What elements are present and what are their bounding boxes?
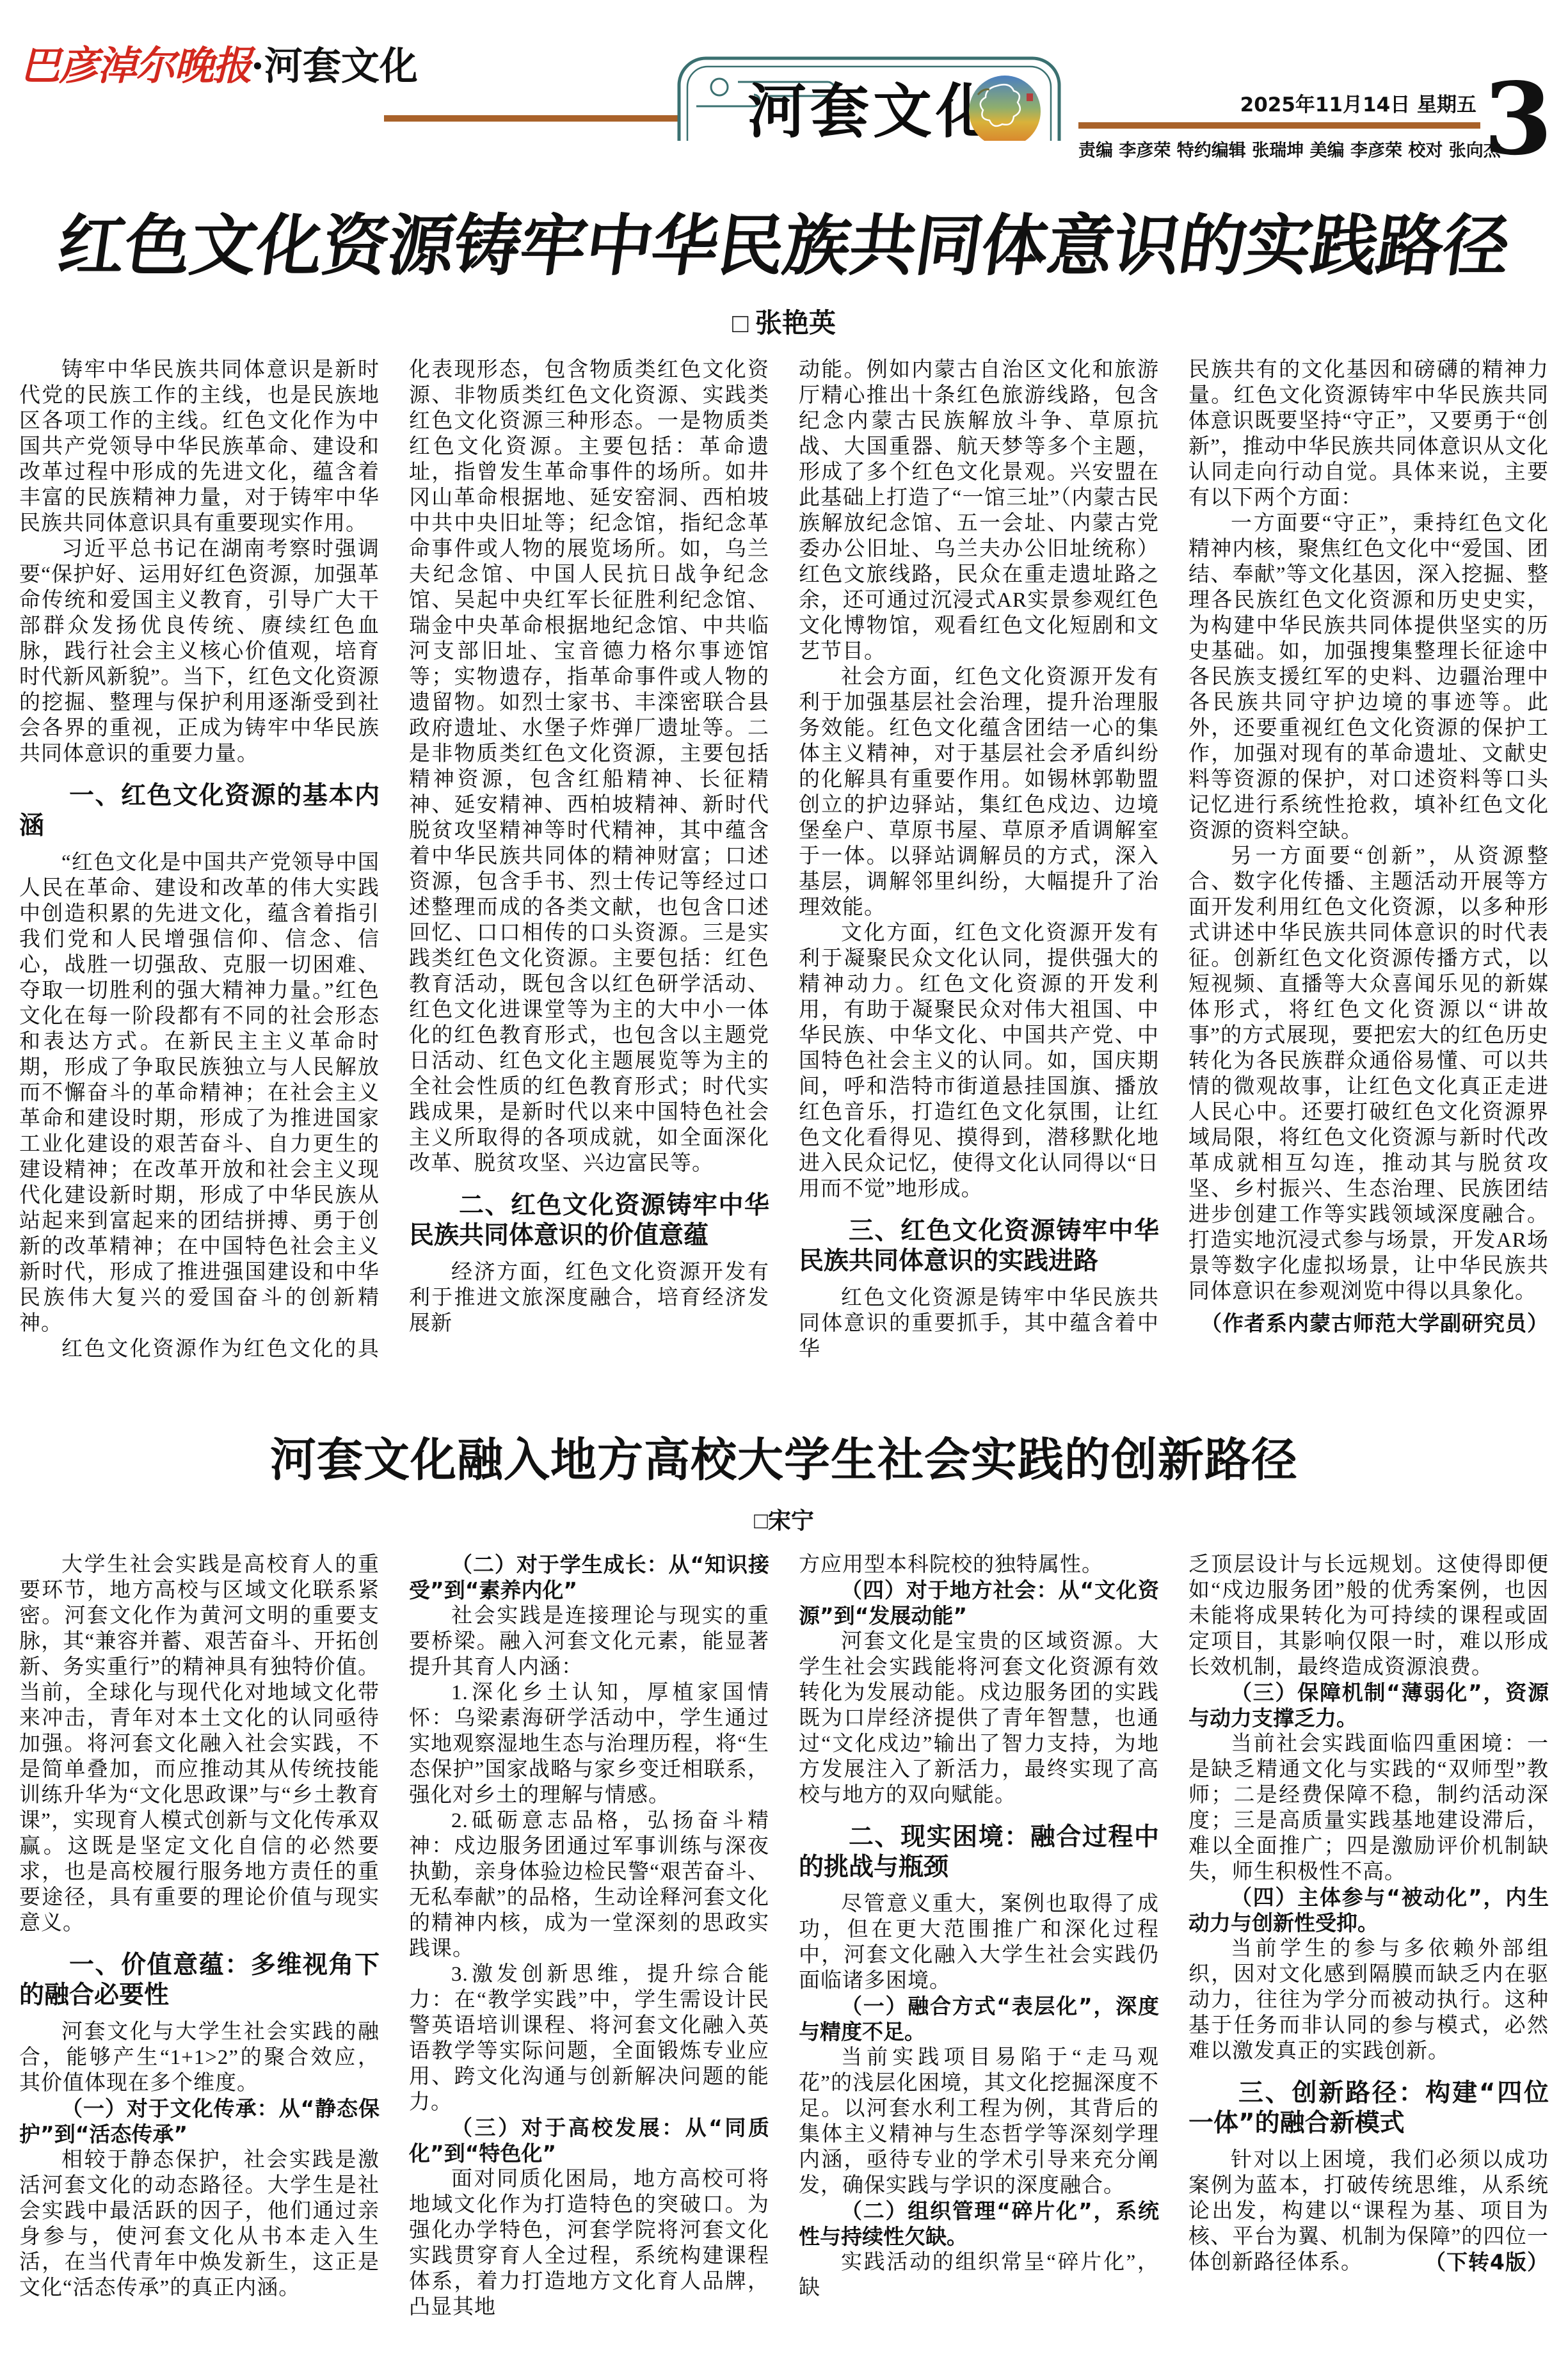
article1-title: 红色文化资源铸牢中华民族共同体意识的实践路径: [13, 201, 1555, 291]
paragraph: 社会方面，红色文化资源开发有利于加强基层社会治理，提升治理服务效能。红色文化蕴含…: [799, 664, 1159, 920]
article1-author: □ 张艳英: [0, 302, 1568, 340]
newspaper-page: 巴彦淖尔晚报·河套文化 河套文化: [0, 0, 1568, 2368]
sub-heading: （一）融合方式“表层化”，深度与精度不足。: [799, 1994, 1159, 2045]
article1-column-3: 动能。例如内蒙古自治区文化和旅游厅精心推出十条红色旅游线路，包含纪念内蒙古民族解…: [799, 357, 1159, 1361]
article2-column-3: 方应用型本科院校的独特属性。（四）对于地方社会：从“文化资源”到“发展动能”河套…: [799, 1552, 1159, 2368]
article2-column-2: （二）对于学生成长：从“知识接受”到“素养内化”社会实践是连接理论与现实的重要桥…: [409, 1552, 769, 2368]
hetao-culture-logo-icon: 河套文化: [677, 56, 1061, 141]
article1-columns: 铸牢中华民族共同体意识是新时代党的民族工作的主线，也是民族地区各项工作的主线。红…: [19, 357, 1549, 1361]
section-heading: 三、红色文化资源铸牢中华民族共同体意识的实践进路: [799, 1216, 1159, 1276]
sub-heading: （二）组织管理“碎片化”，系统性与持续性欠缺。: [799, 2198, 1159, 2250]
paragraph: 乏顶层设计与长远规划。这使得即便如“戍边服务团”般的优秀案例，也因未能将成果转化…: [1188, 1552, 1549, 1680]
paragraph: 社会实践是连接理论与现实的重要桥梁。融入河套文化元素，能显著提升其育人内涵：: [409, 1603, 769, 1680]
paragraph: 当前实践项目易陷于“走马观花”的浅层化困境，其文化挖掘深度不足。以河套水利工程为…: [799, 2045, 1159, 2198]
paragraph: 3.激发创新思维，提升综合能力：在“教学实践”中，学生需设计民警英语培训课程、将…: [409, 1962, 769, 2115]
article2-column-4: 乏顶层设计与长远规划。这使得即便如“戍边服务团”般的优秀案例，也因未能将成果转化…: [1188, 1552, 1549, 2368]
header-rule-left: [384, 115, 678, 122]
article2-title: 河套文化融入地方高校大学生社会实践的创新路径: [19, 1435, 1549, 1485]
paragraph: 民族共有的文化基因和磅礴的精神力量。红色文化资源铸牢中华民族共同体意识既要坚持“…: [1188, 357, 1549, 511]
paragraph: 红色文化资源是铸牢中华民族共同体意识的重要抓手，其中蕴含着中华: [799, 1285, 1159, 1361]
header-rule-right: [1078, 122, 1480, 129]
article2-columns: 大学生社会实践是高校育人的重要环节，地方高校与区域文化联系紧密。河套文化作为黄河…: [19, 1552, 1549, 2368]
sub-heading: （四）对于地方社会：从“文化资源”到“发展动能”: [799, 1578, 1159, 1629]
paragraph: 实践活动的组织常呈“碎片化”，缺: [799, 2250, 1159, 2301]
article1-column-4: 民族共有的文化基因和磅礴的精神力量。红色文化资源铸牢中华民族共同体意识既要坚持“…: [1188, 357, 1549, 1361]
issue-date: 2025年11月14日 星期五: [1078, 88, 1480, 117]
sub-heading: （二）对于学生成长：从“知识接受”到“素养内化”: [409, 1552, 769, 1603]
paragraph: 尽管意义重大，案例也取得了成功，但在更大范围推广和深化过程中，河套文化融入大学生…: [799, 1891, 1159, 1994]
section-heading: 三、创新路径：构建“四位一体”的融合新模式: [1188, 2078, 1549, 2138]
paragraph: 另一方面要“创新”，从资源整合、数字化传播、主题活动开展等方面开发利用红色文化资…: [1188, 844, 1549, 1304]
paragraph: “红色文化是中国共产党领导中国人民在革命、建设和改革的伟大实践中创造积累的先进文…: [19, 850, 380, 1336]
paragraph: 一方面要“守正”，秉持红色文化精神内核，聚焦红色文化中“爱国、团结、奉献”等文化…: [1188, 511, 1549, 844]
paragraph: 习近平总书记在湖南考察时强调要“保护好、运用好红色资源，加强革命传统和爱国主义教…: [19, 536, 380, 767]
sub-heading: （四）主体参与“被动化”，内生动力与创新性受抑。: [1188, 1885, 1549, 1936]
paragraph: 当前学生的参与多依赖外部组织，因对文化感到隔膜而缺乏内在驱动力，往往为学分而被动…: [1188, 1936, 1549, 2064]
page-number: 3: [1484, 69, 1553, 168]
page-header: 巴彦淖尔晚报·河套文化 河套文化: [0, 0, 1568, 179]
section-name: ·河套文化: [251, 44, 418, 89]
paragraph: 文化方面，红色文化资源开发有利于凝聚民众文化认同，提供强大的精神动力。红色文化资…: [799, 920, 1159, 1202]
article1-column-1: 铸牢中华民族共同体意识是新时代党的民族工作的主线，也是民族地区各项工作的主线。红…: [19, 357, 380, 1361]
newspaper-name: 巴彦淖尔晚报: [20, 42, 251, 89]
author-note: （作者系内蒙古师范大学副研究员）: [1188, 1311, 1549, 1336]
svg-text:河套文化: 河套文化: [748, 77, 998, 141]
paragraph: 动能。例如内蒙古自治区文化和旅游厅精心推出十条红色旅游线路，包含纪念内蒙古民族解…: [799, 357, 1159, 664]
header-right-block: 2025年11月14日 星期五 责编 李彦荣 特约编辑 张瑞坤 美编 李彦荣 校…: [1078, 88, 1480, 161]
paragraph: 铸牢中华民族共同体意识是新时代党的民族工作的主线，也是民族地区各项工作的主线。红…: [19, 357, 380, 536]
article-2: 河套文化融入地方高校大学生社会实践的创新路径 □宋宁 大学生社会实践是高校育人的…: [0, 1435, 1568, 2368]
editor-credits: 责编 李彦荣 特约编辑 张瑞坤 美编 李彦荣 校对 张向杰: [1078, 136, 1480, 161]
sub-heading: （三）对于高校发展：从“同质化”到“特色化”: [409, 2115, 769, 2166]
section-heading: 二、现实困境：融合过程中的挑战与瓶颈: [799, 1822, 1159, 1882]
paragraph: 红色文化资源作为红色文化的具象: [19, 1336, 380, 1361]
paragraph: 大学生社会实践是高校育人的重要环节，地方高校与区域文化联系紧密。河套文化作为黄河…: [19, 1552, 380, 1936]
paragraph: 经济方面，红色文化资源开发有利于推进文旅深度融合，培育经济发展新: [409, 1260, 769, 1336]
section-logo: 河套文化: [677, 56, 1061, 141]
paragraph: 1.深化乡土认知，厚植家国情怀：乌梁素海研学活动中，学生通过实地观察湿地生态与治…: [409, 1680, 769, 1808]
section-heading: 一、红色文化资源的基本内涵: [19, 781, 380, 841]
paragraph: 面对同质化困局，地方高校可将地域文化作为打造特色的突破口。为强化办学特色，河套学…: [409, 2166, 769, 2320]
article2-column-1: 大学生社会实践是高校育人的重要环节，地方高校与区域文化联系紧密。河套文化作为黄河…: [19, 1552, 380, 2368]
masthead-brand: 巴彦淖尔晚报·河套文化: [20, 46, 418, 86]
paragraph: 2.砥砺意志品格，弘扬奋斗精神：戍边服务团通过军事训练与深夜执勤，亲身体验边检民…: [409, 1808, 769, 1962]
paragraph: 河套文化是宝贵的区域资源。大学生社会实践能将河套文化资源有效转化为发展动能。戍边…: [799, 1629, 1159, 1808]
sub-heading: （三）保障机制“薄弱化”，资源与动力支撑乏力。: [1188, 1680, 1549, 1731]
article2-author: □宋宁: [0, 1503, 1568, 1535]
paragraph: 当前社会实践面临四重困境：一是缺乏精通文化与实践的“双师型”教师；二是经费保障不…: [1188, 1731, 1549, 1885]
section-heading: 一、价值意蕴：多维视角下的融合必要性: [19, 1950, 380, 2010]
article1-column-2: 化表现形态，包含物质类红色文化资源、非物质类红色文化资源、实践类红色文化资源三种…: [409, 357, 769, 1361]
section-heading: 二、红色文化资源铸牢中华民族共同体意识的价值意蕴: [409, 1190, 769, 1251]
paragraph: 方应用型本科院校的独特属性。: [799, 1552, 1159, 1578]
article-1: 红色文化资源铸牢中华民族共同体意识的实践路径 □ 张艳英 铸牢中华民族共同体意识…: [0, 201, 1568, 1361]
paragraph: 相较于静态保护，社会实践是激活河套文化的动态路径。大学生是社会实践中最活跃的因子…: [19, 2147, 380, 2301]
sub-heading: （一）对于文化传承：从“静态保护”到“活态传承”: [19, 2096, 380, 2147]
paragraph: 化表现形态，包含物质类红色文化资源、非物质类红色文化资源、实践类红色文化资源三种…: [409, 357, 769, 1176]
paragraph: 河套文化与大学生社会实践的融合，能够产生“1+1>2”的聚合效应，其价值体现在多…: [19, 2019, 380, 2096]
